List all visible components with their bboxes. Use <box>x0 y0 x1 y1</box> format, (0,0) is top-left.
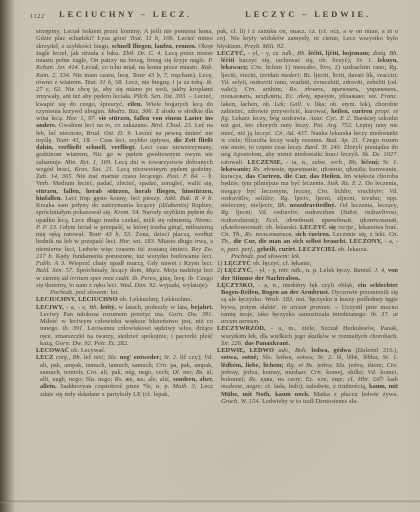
text-run: vet. Franc. <box>368 93 398 100</box>
text-run: ib. 391. <box>63 325 88 332</box>
dictionary-paragraph: LĘCZYSKO, - a, n., niedobry łęk czyli ob… <box>217 282 398 326</box>
text-run: das Panaxkraut. <box>244 340 289 347</box>
text-run: léčiti <box>221 57 239 64</box>
text-run: Wrob. 183, not. <box>265 296 308 303</box>
text-run: LECZENIE, <box>247 159 285 166</box>
text-run: nieleczny, nieljeciv, <box>221 202 278 209</box>
text-run: Bh. <box>89 304 100 311</box>
text-run: Sr. 1. <box>383 354 398 361</box>
text-run: Kras. Sat. 21. <box>75 166 117 173</box>
text-run: Lecz, nie biegnę, i ja za tobą. <box>125 79 206 86</box>
text-run: Cn. Ad. 437. <box>275 130 311 137</box>
dictionary-paragraph: 2) LĘCZYĆ, - ył, - y, intr. ndk., n. p. … <box>217 267 398 282</box>
text-run: ljeciti, liciti, davati lik, vracciti; <box>314 72 398 79</box>
text-run: Pochodz. pod słowem: lot. <box>50 289 119 296</box>
text-run: nego; <box>98 376 115 383</box>
text-run: Min. Ryt. 1, 169. <box>65 159 115 166</box>
text-run: Pochodz. pod słowem: lek. <box>231 253 301 260</box>
text-run: Lek; Gall. <box>274 101 306 108</box>
text-run: (dilabentis) <box>159 202 192 209</box>
text-run: Cro. <box>317 188 334 195</box>
text-column-right: pak, cf. li) i z zaimku on, onacz. cz. (… <box>217 28 398 405</box>
text-run: Cro. <box>251 64 265 71</box>
text-run: mederi; <box>281 72 303 79</box>
text-run: Rg. <box>280 195 294 202</box>
text-run: Sla. <box>336 362 349 369</box>
text-run: Crn. <box>311 369 326 376</box>
text-run: w latach, podeszły w lata, <box>119 304 191 311</box>
text-run: cf. lada, ledo); zaledwie, z trudnością, <box>265 383 369 390</box>
text-run: Jabł. Buk. R 4 b. <box>164 195 213 202</box>
text-run: Eccl. <box>266 217 286 224</box>
dictionary-paragraph: LECZYĆ, - ył, - y, cz. ndk., Bh. léčiti,… <box>217 50 398 253</box>
text-run: recipr., <box>338 224 358 231</box>
dictionary-paragraph: Pochodz. pod słowem: lot. <box>36 289 213 296</box>
text-run: leč <box>84 354 94 361</box>
text-run: Przyb. Milt. 92. <box>244 43 285 50</box>
text-run: Wad. Dan. 92. <box>120 282 159 289</box>
text-run: nisi; Sla. <box>94 354 120 361</box>
text-run: LECZONY, <box>349 238 384 245</box>
text-run: LECZYĆ się <box>300 224 338 231</box>
dictionary-paragraph: Pochodz. pod słowem: lek. <box>217 253 398 260</box>
dictionary-paragraph: strzępiny, Leciał bokiem przez kominy, A… <box>36 28 213 289</box>
text-run: Ausz. Cyc. E 2. <box>310 115 354 122</box>
dictionary-paragraph: LECIUCHNY, LECIUCHNO ob. Lekkuchny, Lekk… <box>36 296 213 303</box>
text-run: lekarstwa brać. <box>358 224 398 231</box>
text-run: Pilch. Sen. list. 303. <box>134 93 189 100</box>
text-run: Crn. <box>244 86 262 93</box>
text-run: Lekarz leczy, bóg uzdrawia. <box>232 115 310 122</box>
text-run: Teatr 43 b, 7, <box>132 72 171 79</box>
text-run: Rs. <box>115 376 126 383</box>
text-run: schnell fliegen, laufen, rennen. <box>112 43 199 50</box>
text-run: LECOWAĆ <box>36 347 71 354</box>
text-run: Teat. 11 b, 106. <box>130 35 178 42</box>
text-run: eilen. <box>128 101 146 108</box>
dictionary-paragraph: LECIWY, - a, - e, Bh. letitý, w latach, … <box>36 304 213 348</box>
text-run: Kędy fundamenta poruszone, iuż wszytko b… <box>56 253 213 260</box>
text-run: LECIUCHNY, LECIUCHNO <box>36 296 120 303</box>
text-run: Bud. Ap. 21. <box>326 137 363 144</box>
dictionary-paragraph: LECZ conj., Bh. leč nisi; Sla. neg' entw… <box>36 354 213 398</box>
dictionary-paragraph: LEDWIE, LEDWO adv., Boh. ledwa, gédwa (D… <box>217 347 398 405</box>
text-run: arzhim; <box>263 86 290 93</box>
text-run: Leczenie się, z leki. <box>333 231 389 238</box>
text-run: ledwa, gédwa <box>311 347 355 354</box>
text-run: ali, pak, ampak, temuch, tamuch, samuch; <box>40 362 156 369</box>
text-run: sotwa, sotně; <box>221 354 262 361</box>
text-run: neg' entweder; <box>120 354 164 361</box>
text-run: Cn. Th., Rs. <box>221 231 256 238</box>
text-run: LECZ <box>36 354 56 361</box>
text-run: LĘCZYĆ, <box>224 267 254 274</box>
text-run: geheilt, curirt. <box>257 246 298 253</box>
text-run: Spróchniały, lecący dom, <box>76 267 145 274</box>
text-run: 216.), <box>383 347 398 354</box>
text-run: Sir. 226. <box>221 340 244 347</box>
text-run: Hor. 1, 97. <box>66 115 99 122</box>
text-run: LĘCZYSKO, <box>217 282 258 289</box>
text-run: Leciwy Pan młokosa rozumem przeżyć ma. <box>40 311 168 318</box>
text-run: Hor. sat. 183. <box>119 238 158 245</box>
text-run: же, жь; ale, alić, <box>125 376 173 383</box>
text-run: еле, еще; cf. <box>318 376 358 383</box>
text-run: léčení; <box>361 159 383 166</box>
text-run: Vd. <box>258 209 273 216</box>
text-run: ob. Lekkuchny, Lekkuchno. <box>120 296 193 303</box>
text-run: jedvay, jedva, komay, mushao; <box>221 369 311 376</box>
text-run: cz. ndk., Bh. <box>273 50 309 57</box>
text-run: neuzdravitedlný. <box>290 202 340 209</box>
text-column-left: strzępiny, Leciał bokiem przez kominy, A… <box>36 28 213 398</box>
text-run: conj., Bh. <box>56 354 84 361</box>
text-run: Sr. 2. <box>318 354 337 361</box>
text-run: Modrz. Baz. 306. <box>108 108 155 115</box>
text-run: osdravitliv, selitliv; <box>221 195 280 202</box>
text-run: Sla. <box>86 376 98 383</box>
text-run: - ia, n., <box>286 159 312 166</box>
text-run: Krom. 54. <box>114 209 142 216</box>
running-header: 1122 LECIUCHNY – LECZ. LECZYC – LEDWIE. <box>0 9 420 24</box>
text-run: Lecą niezwrotnym pędem godziny. <box>117 166 213 173</box>
text-run: lič czy); <box>180 354 204 361</box>
text-run: Matka z płaczu ledwie żywa. <box>314 391 398 398</box>
text-run: Dalemil <box>358 347 383 354</box>
text-run: modeste, aegre; <box>221 383 265 390</box>
text-run: Vd. <box>368 369 381 376</box>
text-run: ob. łęczyć, cf. łękanie, <box>253 260 312 267</box>
text-run: Zbił. Dr. C. 4. <box>123 50 165 57</box>
text-run: Krzaka sam jedyny do zatrzymania lecącey <box>36 202 159 209</box>
text-run: Teatr 43, 18. <box>56 137 94 144</box>
text-run: ljeciv, ljecni, zljecni, izvidni; <box>295 195 387 202</box>
text-run: Falib. A 3. <box>36 260 69 267</box>
text-run: пользоваться, <box>256 231 296 238</box>
text-run: Zab. 14, 365. <box>36 173 76 180</box>
text-run: komej, shilki; <box>326 369 368 376</box>
text-run: - ył, - y, <box>255 267 279 274</box>
text-run: lichliv, vrachlyiv; <box>334 188 389 195</box>
text-run: ratowali. <box>221 159 247 166</box>
text-run: Crn. <box>156 362 170 369</box>
text-run: Gorn. Dw. 92. Petr. Et. 282. <box>55 340 128 347</box>
text-run: Leciał, co tchu miał, na konia przez mia… <box>82 64 201 71</box>
text-run: Leci trup gęsto konny, leci pieszy. <box>65 195 164 202</box>
book-gutter-shadow <box>0 0 15 512</box>
dictionary-paragraph: LECZYWRZÓD, - u, m., ziele, Szczał Herku… <box>217 325 398 347</box>
text-run: ob. lekarza. <box>338 246 368 253</box>
text-run: Vd. <box>204 354 213 361</box>
text-run: Gwałtem leci na to, co zakazano. <box>59 122 151 129</box>
text-run: Bs. <box>304 72 314 79</box>
text-run: lě, lěbě, lěbba; <box>337 354 383 361</box>
text-run: Bald. Sen. 57. <box>36 267 76 274</box>
text-run: Od leczenia, leczący, <box>340 202 398 209</box>
text-run: лѣчу, врачую, ублажаю; <box>297 93 368 100</box>
text-run: sich curiren. <box>295 231 333 238</box>
text-run: ali, pak, nég, nego, vech; <box>101 369 173 376</box>
text-run: Wieprzć chaty upadł murzą, Gdy nawet i R… <box>69 260 213 267</box>
text-run: heilen, curiren <box>331 108 375 115</box>
text-run: laken, lachen, ob. <box>221 101 274 108</box>
text-run: Vd. <box>221 79 232 86</box>
text-run: Pot. Arg. 752. <box>313 122 355 129</box>
text-run: ginę, lecę. <box>159 275 188 282</box>
text-run: jedva; <box>317 362 336 369</box>
text-run: едва, на силу; <box>261 376 306 383</box>
text-run: Hbr. <box>358 376 373 383</box>
text-run: ledwa, sotwa; <box>276 354 317 361</box>
dictionary-paragraph: LECOWAĆ ob. Lecywać. <box>36 347 213 354</box>
text-run: Bard. Tr. 246. <box>305 144 344 151</box>
text-run: Rs. <box>249 376 261 383</box>
text-run: Teatr 43 b, 53. <box>88 231 135 238</box>
text-run: Groch. W. 154. <box>221 398 262 405</box>
text-run: Brud. Ost. D. 9. <box>86 130 135 137</box>
text-run: jedva, ištom; <box>349 362 387 369</box>
text-run: baczyć się, rachować się, ob. liczyć); <box>239 57 356 64</box>
text-run: die Cur, die man an sich selbst braucht. <box>233 238 349 245</box>
text-run: wypada, wylatuje). <box>159 282 209 289</box>
text-run: Rs. <box>289 86 304 93</box>
text-run: Ledwieby w to trafł Demostenes sła- <box>262 398 358 405</box>
text-run: opp. <box>387 195 398 202</box>
text-run: Gorn. Dw. 391. <box>168 311 213 318</box>
text-run: ljeciti, vieciti, izvidati <box>221 72 281 79</box>
running-head-right: LECZYC – LEDWIE. <box>218 9 398 19</box>
text-run: Nie mam czasu, lecę. <box>73 72 132 79</box>
text-run: LECZYĆ, <box>217 50 248 57</box>
text-run: Math. 3; <box>173 383 201 390</box>
text-run: Rs. <box>253 166 263 173</box>
text-run: Subst. <box>343 209 365 216</box>
text-run: Bs. <box>196 369 207 376</box>
text-run: ib. <box>188 275 197 282</box>
text-run: Cro. <box>86 369 100 376</box>
text-run: Sadduceyan częstokroć pisze *le, n. p. <box>60 383 173 390</box>
text-run: Rg. et Bs. <box>287 362 318 369</box>
text-run: Banial. J. 4, <box>353 267 387 274</box>
text-run: léčiti, ljčiti, hojemam; <box>308 50 372 57</box>
text-run: Rg. <box>221 209 236 216</box>
text-run: distg. Bh. <box>373 50 398 57</box>
text-run: part. perf., <box>227 246 257 253</box>
page-bottom-edge <box>0 500 420 503</box>
text-run: Ec. <box>306 376 318 383</box>
text-run: - ył, - y, <box>248 50 273 57</box>
text-run: das Curiren, die Cur, das Heilen. <box>246 173 344 180</box>
text-run: ljecni; <box>236 209 258 216</box>
text-run: LĘCZYĆ <box>224 260 253 267</box>
text-run: lekowanie; <box>221 166 253 173</box>
text-run: intr. ndk., <box>279 267 306 274</box>
text-run: ner; <box>183 369 196 376</box>
text-run: Siek. Rs. E 2. <box>327 180 365 187</box>
text-run: Sr. 1. <box>383 159 398 166</box>
text-run: Mącz. <box>146 267 164 274</box>
text-run: lědbém, liebe, lichem; <box>221 362 287 369</box>
text-run: – Czas leci, szybko upływa, <box>94 137 174 144</box>
dictionary-paragraph: pak, cf. li) i z zaimku on, onacz. cz. (… <box>217 28 398 50</box>
text-run: Teat. 31 b, 58. <box>85 79 126 86</box>
text-run: LECZYWRZÓD, <box>217 325 271 332</box>
text-run: Rg. <box>389 64 398 71</box>
running-head-left: LECIUCHNY – LECZ. <box>38 9 213 19</box>
text-run: subst. verb., Bh. <box>312 159 361 166</box>
text-run: Nie trać marnie czasu lecącego. <box>76 173 167 180</box>
text-run: Sr. 2. <box>164 354 180 361</box>
text-run: Past. F. 84. <box>167 173 202 180</box>
text-run: letitý, <box>100 304 118 311</box>
text-run: Bird. Chod. 23. <box>151 122 195 129</box>
text-run: lichim 1) inescabo, livo, 2) uzdrachim r… <box>265 64 389 71</box>
scanned-dictionary-page: 1122 LECIUCHNY – LECZ. LECZYC – LEDWIE. … <box>0 0 420 512</box>
text-run: Slo. <box>262 354 276 361</box>
text-run: LECIWY, <box>36 304 66 311</box>
text-run: לאט laab <box>373 376 398 383</box>
text-run: LECZYCIEL <box>299 246 338 253</box>
text-run: n. p. Lelek łęczy. <box>306 267 354 274</box>
text-run: ad irritum spes mea cadit. ib. Pereo, <box>62 275 160 282</box>
text-run: - a, - e, <box>66 304 89 311</box>
text-run: Cro. <box>387 362 398 369</box>
text-run: Vd. <box>389 188 398 195</box>
text-run: in arcum pravum. <box>282 304 335 311</box>
text-run: Ec. <box>286 93 297 100</box>
text-run: ob. Lecywać. <box>71 347 106 354</box>
text-run: osdravliv, osdravzhen ( <box>274 209 343 216</box>
text-run: LEDWIE, LEDWO <box>217 347 278 354</box>
text-run: adv., Boh. <box>278 347 311 354</box>
text-run: Sr. 1. <box>356 57 377 64</box>
text-run: - a, n., niedobry łęk czyli obłąk, <box>258 282 358 289</box>
text-run: Sk. Dz. 1027. <box>362 151 398 158</box>
text-run: Bh. <box>278 202 290 209</box>
text-run: Dl. <box>172 369 183 376</box>
text-run: bejahrt. <box>191 304 213 311</box>
